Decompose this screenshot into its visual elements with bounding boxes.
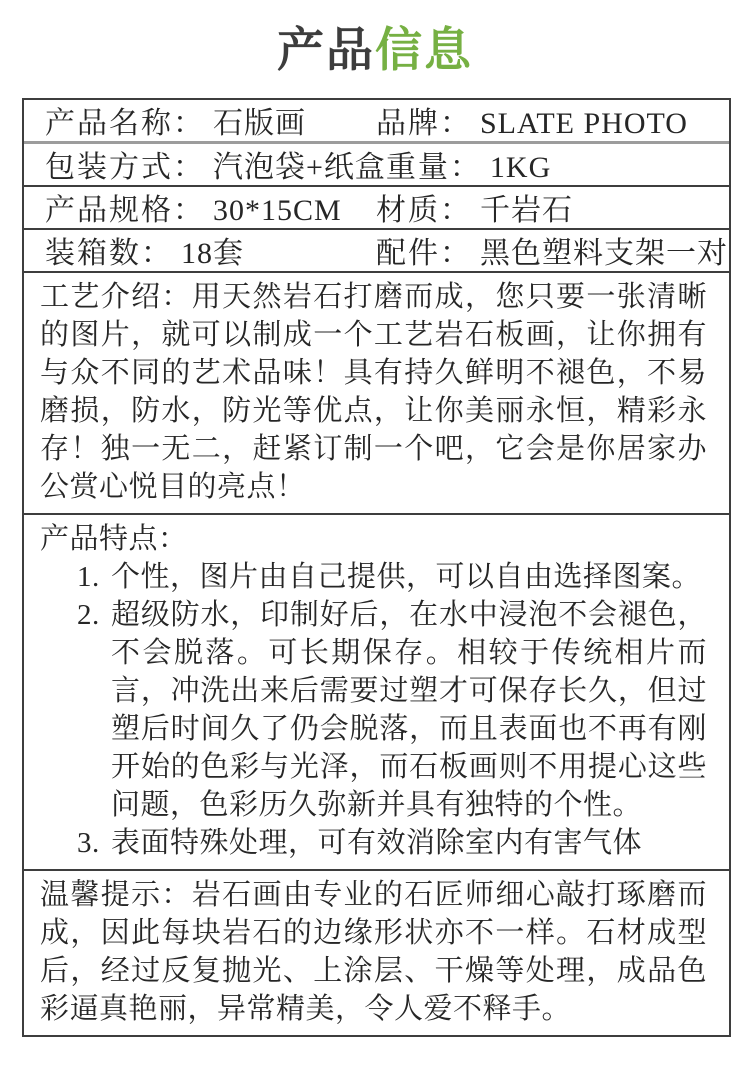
spec-cell-material: 材质： 千岩石 — [376, 187, 729, 230]
spec-label: 品牌： — [376, 100, 472, 143]
features-section: 产品特点： 1. 个性，图片由自己提供，可以自由选择图案。 2. 超级防水，印制… — [24, 515, 729, 871]
spec-value: SLATE PHOTO — [472, 107, 688, 141]
spec-cell-brand: 品牌： SLATE PHOTO — [376, 100, 729, 143]
spec-value: 汽泡袋+纸盒 — [205, 144, 386, 187]
feature-item-number: 3. — [77, 824, 111, 862]
spec-value: 千岩石 — [472, 187, 573, 230]
tips-paragraph: 温馨提示：岩石画由专业的石匠师细心敲打琢磨而成，因此每块岩石的边缘形状亦不一样。… — [40, 876, 707, 1028]
product-spec-table: 产品名称： 石版画 品牌： SLATE PHOTO 包装方式： 汽泡袋+纸盒 重… — [22, 98, 731, 1037]
spec-label: 装箱数： — [45, 230, 173, 273]
spec-value: 18套 — [173, 230, 244, 273]
page-title: 产品信息 — [0, 0, 750, 98]
craft-intro-label: 工艺介绍： — [40, 281, 192, 313]
spec-cell-packing: 包装方式： 汽泡袋+纸盒 — [24, 144, 386, 187]
title-part-green: 信息 — [375, 23, 473, 76]
feature-item-number: 2. — [77, 596, 111, 824]
feature-item-text: 表面特殊处理，可有效消除室内有害气体 — [111, 824, 707, 862]
spec-cell-size: 产品规格： 30*15CM — [24, 187, 376, 230]
spec-label: 重量： — [386, 144, 482, 187]
spec-value: 黑色塑料支架一对 — [472, 230, 728, 273]
spec-cell-weight: 重量： 1KG — [386, 144, 729, 187]
spec-row-packing-weight: 包装方式： 汽泡袋+纸盒 重量： 1KG — [24, 144, 729, 187]
tips-section: 温馨提示：岩石画由专业的石匠师细心敲打琢磨而成，因此每块岩石的边缘形状亦不一样。… — [24, 871, 729, 1035]
spec-cell-product-name: 产品名称： 石版画 — [24, 100, 376, 143]
feature-item-text: 超级防水，印制好后，在水中浸泡不会褪色，不会脱落。可长期保存。相较于传统相片而言… — [111, 596, 707, 824]
spec-value: 30*15CM — [205, 194, 342, 228]
spec-cell-accessory: 配件： 黑色塑料支架一对 — [376, 230, 729, 273]
spec-label: 产品规格： — [45, 187, 205, 230]
spec-row-name-brand: 产品名称： 石版画 品牌： SLATE PHOTO — [24, 100, 729, 144]
title-part-black: 产品 — [277, 23, 375, 76]
spec-label: 材质： — [376, 187, 472, 230]
features-heading: 产品特点： — [40, 520, 707, 558]
spec-value: 石版画 — [205, 100, 306, 143]
craft-intro-paragraph: 工艺介绍：用天然岩石打磨而成，您只要一张清晰的图片，就可以制成一个工艺岩石板画，… — [40, 278, 707, 506]
feature-item-number: 1. — [77, 558, 111, 596]
spec-row-quantity-accessory: 装箱数： 18套 配件： 黑色塑料支架一对 — [24, 230, 729, 273]
craft-intro-text: 用天然岩石打磨而成，您只要一张清晰的图片，就可以制成一个工艺岩石板画，让你拥有与… — [40, 281, 707, 503]
spec-label: 包装方式： — [45, 144, 205, 187]
feature-item: 3. 表面特殊处理，可有效消除室内有害气体 — [40, 824, 707, 862]
spec-value: 1KG — [482, 151, 551, 185]
feature-item: 2. 超级防水，印制好后，在水中浸泡不会褪色，不会脱落。可长期保存。相较于传统相… — [40, 596, 707, 824]
spec-cell-box-quantity: 装箱数： 18套 — [24, 230, 376, 273]
spec-label: 产品名称： — [45, 100, 205, 143]
craft-intro-section: 工艺介绍：用天然岩石打磨而成，您只要一张清晰的图片，就可以制成一个工艺岩石板画，… — [24, 273, 729, 515]
feature-item-text: 个性，图片由自己提供，可以自由选择图案。 — [111, 558, 707, 596]
feature-item: 1. 个性，图片由自己提供，可以自由选择图案。 — [40, 558, 707, 596]
spec-label: 配件： — [376, 230, 472, 273]
spec-row-size-material: 产品规格： 30*15CM 材质： 千岩石 — [24, 187, 729, 230]
tips-label: 温馨提示： — [40, 879, 192, 911]
product-info-page: 产品信息 产品名称： 石版画 品牌： SLATE PHOTO 包装方式： 汽泡袋… — [0, 0, 750, 1073]
